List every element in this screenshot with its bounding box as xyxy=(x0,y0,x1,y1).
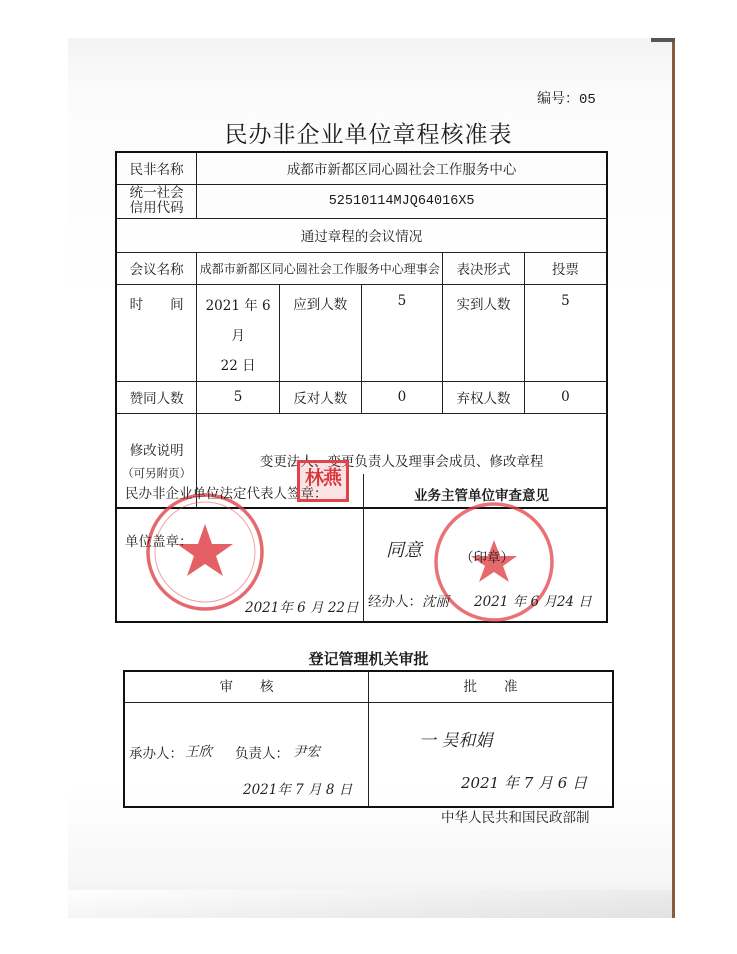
serial-number: 编号：05 xyxy=(537,88,596,108)
unit-seal-label: 单位盖章： xyxy=(125,530,193,550)
credit-code-label-line2: 信用代码 xyxy=(117,201,196,216)
actual-value: 5 xyxy=(524,284,607,381)
change-label-line1: 修改说明 xyxy=(117,439,196,459)
approval-table: 审 核 承办人： 王欣 负责人： 尹宏 2021年 7 月 8 日 批 准 一 … xyxy=(123,670,614,808)
abstain-value: 0 xyxy=(524,381,607,413)
review-column: 审 核 承办人： 王欣 负责人： 尹宏 2021年 7 月 8 日 xyxy=(125,672,369,806)
vote-count-row: 赞同人数 5 反对人数 0 弃权人数 0 xyxy=(116,381,607,413)
credit-code-label-line1: 统一社会 xyxy=(117,186,196,201)
approver-signature: 一 吴和娟 xyxy=(419,726,492,751)
credit-code-value: 52510114MJQ64016X5 xyxy=(197,184,607,218)
approval-section-title: 登记管理机关审批 xyxy=(0,648,737,669)
approve-date: 2021 年 7 月 6 日 xyxy=(461,772,587,793)
meeting-time-row: 时 间 2021 年 6 月 22 日 应到人数 5 实到人数 5 xyxy=(116,284,607,381)
review-header: 审 核 xyxy=(125,672,368,703)
actual-label: 实到人数 xyxy=(443,284,525,381)
supervisor-date: 2021 年 6 月24 日 xyxy=(474,590,592,610)
approve-header: 批 准 xyxy=(369,672,612,703)
serial-value: 05 xyxy=(579,92,596,108)
legal-rep-seal: 林燕 xyxy=(297,460,349,502)
footer-maker: 中华人民共和国民政部制 xyxy=(441,806,590,826)
abstain-label: 弃权人数 xyxy=(443,381,525,413)
time-label: 时 间 xyxy=(116,284,197,381)
review-handler-label: 承办人： xyxy=(129,742,183,762)
oppose-label: 反对人数 xyxy=(279,381,361,413)
signature-section: 民办非企业单位法定代表人签章： 林燕 单位盖章： 2021年 6 月 22日 业… xyxy=(115,474,608,623)
meeting-name-row: 会议名称 成都市新都区同心圆社会工作服务中心理事会 表决形式 投票 xyxy=(116,252,607,284)
credit-code-label: 统一社会 信用代码 xyxy=(116,184,197,218)
org-name-row: 民非名称 成都市新都区同心圆社会工作服务中心 xyxy=(116,152,607,184)
handler-signature: 沈丽 xyxy=(422,590,449,610)
supervisor-opinion: 同意 xyxy=(386,536,422,562)
expected-label: 应到人数 xyxy=(279,284,361,381)
oppose-value: 0 xyxy=(361,381,443,413)
supervisor-title: 业务主管单位审查意见 xyxy=(414,484,549,504)
review-date: 2021年 7 月 8 日 xyxy=(243,778,352,798)
paper-edge xyxy=(651,38,675,42)
supervisor-box: 业务主管单位审查意见 同意 （印章） 经办人： 沈丽 2021 年 6 月24 … xyxy=(364,474,608,621)
handler-label: 经办人： xyxy=(368,590,422,610)
org-name-label: 民非名称 xyxy=(116,152,197,184)
charter-approval-table: 民非名称 成都市新都区同心圆社会工作服务中心 统一社会 信用代码 5251011… xyxy=(115,151,608,509)
credit-code-row: 统一社会 信用代码 52510114MJQ64016X5 xyxy=(116,184,607,218)
meeting-name-value: 成都市新都区同心圆社会工作服务中心理事会 xyxy=(197,252,443,284)
legal-rep-box: 民办非企业单位法定代表人签章： 林燕 单位盖章： 2021年 6 月 22日 xyxy=(117,474,364,621)
meeting-section-title: 通过章程的会议情况 xyxy=(116,218,607,252)
paper-fold xyxy=(68,890,672,918)
time-value: 2021 年 6 月 22 日 xyxy=(197,284,280,381)
vote-form-label: 表决形式 xyxy=(443,252,525,284)
responsible-signature: 尹宏 xyxy=(293,740,320,760)
review-handler-signature: 王欣 xyxy=(185,740,212,760)
approve-column: 批 准 一 吴和娟 2021 年 7 月 6 日 xyxy=(369,672,612,806)
responsible-label: 负责人： xyxy=(235,742,289,762)
legal-rep-seal-text: 林燕 xyxy=(305,467,341,489)
document-title: 民办非企业单位章程核准表 xyxy=(0,116,737,149)
vote-form-value: 投票 xyxy=(524,252,607,284)
meeting-section-row: 通过章程的会议情况 xyxy=(116,218,607,252)
time-value-line1: 2021 年 6 月 xyxy=(197,291,279,351)
unit-date: 2021年 6 月 22日 xyxy=(245,596,359,616)
serial-label: 编号： xyxy=(537,91,579,107)
time-value-line2: 22 日 xyxy=(197,351,279,381)
expected-value: 5 xyxy=(361,284,443,381)
org-name-value: 成都市新都区同心圆社会工作服务中心 xyxy=(197,152,607,184)
meeting-name-label: 会议名称 xyxy=(116,252,197,284)
approve-label: 赞同人数 xyxy=(116,381,197,413)
approve-value: 5 xyxy=(197,381,280,413)
supervisor-seal-label: （印章） xyxy=(460,546,514,566)
